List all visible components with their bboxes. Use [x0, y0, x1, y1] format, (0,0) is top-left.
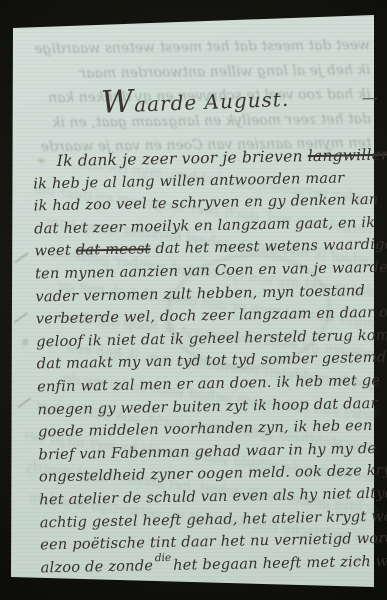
line-text: een poëtische tint daar het nu vernietig…	[40, 529, 387, 553]
line-text: ongesteldheid zyner oogen meld. ook deze…	[39, 462, 387, 486]
line-text: weet	[34, 242, 76, 260]
line-text: vader vernomen zult hebben, myn toestand	[35, 282, 365, 305]
line-text: alzoo de zonde	[40, 557, 158, 576]
letter-body: Ik dank je zeer voor je brieven langwill…	[33, 144, 385, 580]
letter-content: weet dat meest dat het meest wetens waar…	[13, 10, 385, 592]
line-text: dat het zeer moeilyk en langzaam gaat, e…	[34, 214, 375, 238]
line-text: geloof ik niet dat ik geheel hersteld te…	[36, 326, 387, 350]
line-text: ten mynen aanzien van Coen en van je waa…	[35, 259, 387, 283]
struck-word: dat meest	[76, 241, 151, 259]
inserted-word: die	[155, 547, 172, 570]
line-text: Ik dank je zeer voor je brieven	[57, 147, 308, 170]
line-text: verbeterde wel, doch zeer langzaam en da…	[36, 304, 387, 328]
line-text: noegen gy weder buiten zyt ik hoop dat d…	[37, 394, 377, 418]
line-text: dat maakt my van tyd tot tyd somber gest…	[37, 349, 387, 373]
line-text: brief van Fabenman gehad waar in hy my d…	[38, 440, 376, 463]
struck-word: langwillen	[308, 146, 387, 166]
paper-stain	[22, 339, 28, 346]
line-text: ik heb je al lang willen antwoorden maar	[33, 169, 344, 192]
line-text: dat het meest wetens waardige	[150, 236, 387, 258]
line-text: het begaan heeft met zich weg	[168, 552, 387, 574]
line-text: goede middelen voorhanden zyn, ik heb ee…	[38, 417, 373, 440]
line-text: het atelier de schuld van even als hy ni…	[39, 484, 387, 508]
margin-dash-mark: —	[361, 88, 377, 107]
letter-photograph: weet dat meest dat het meest wetens waar…	[0, 0, 387, 600]
line-text: ik had zoo veel te schryven en gy denken…	[34, 191, 379, 215]
line-text: enfin wat zal men er aan doen. ik heb me…	[37, 372, 380, 396]
